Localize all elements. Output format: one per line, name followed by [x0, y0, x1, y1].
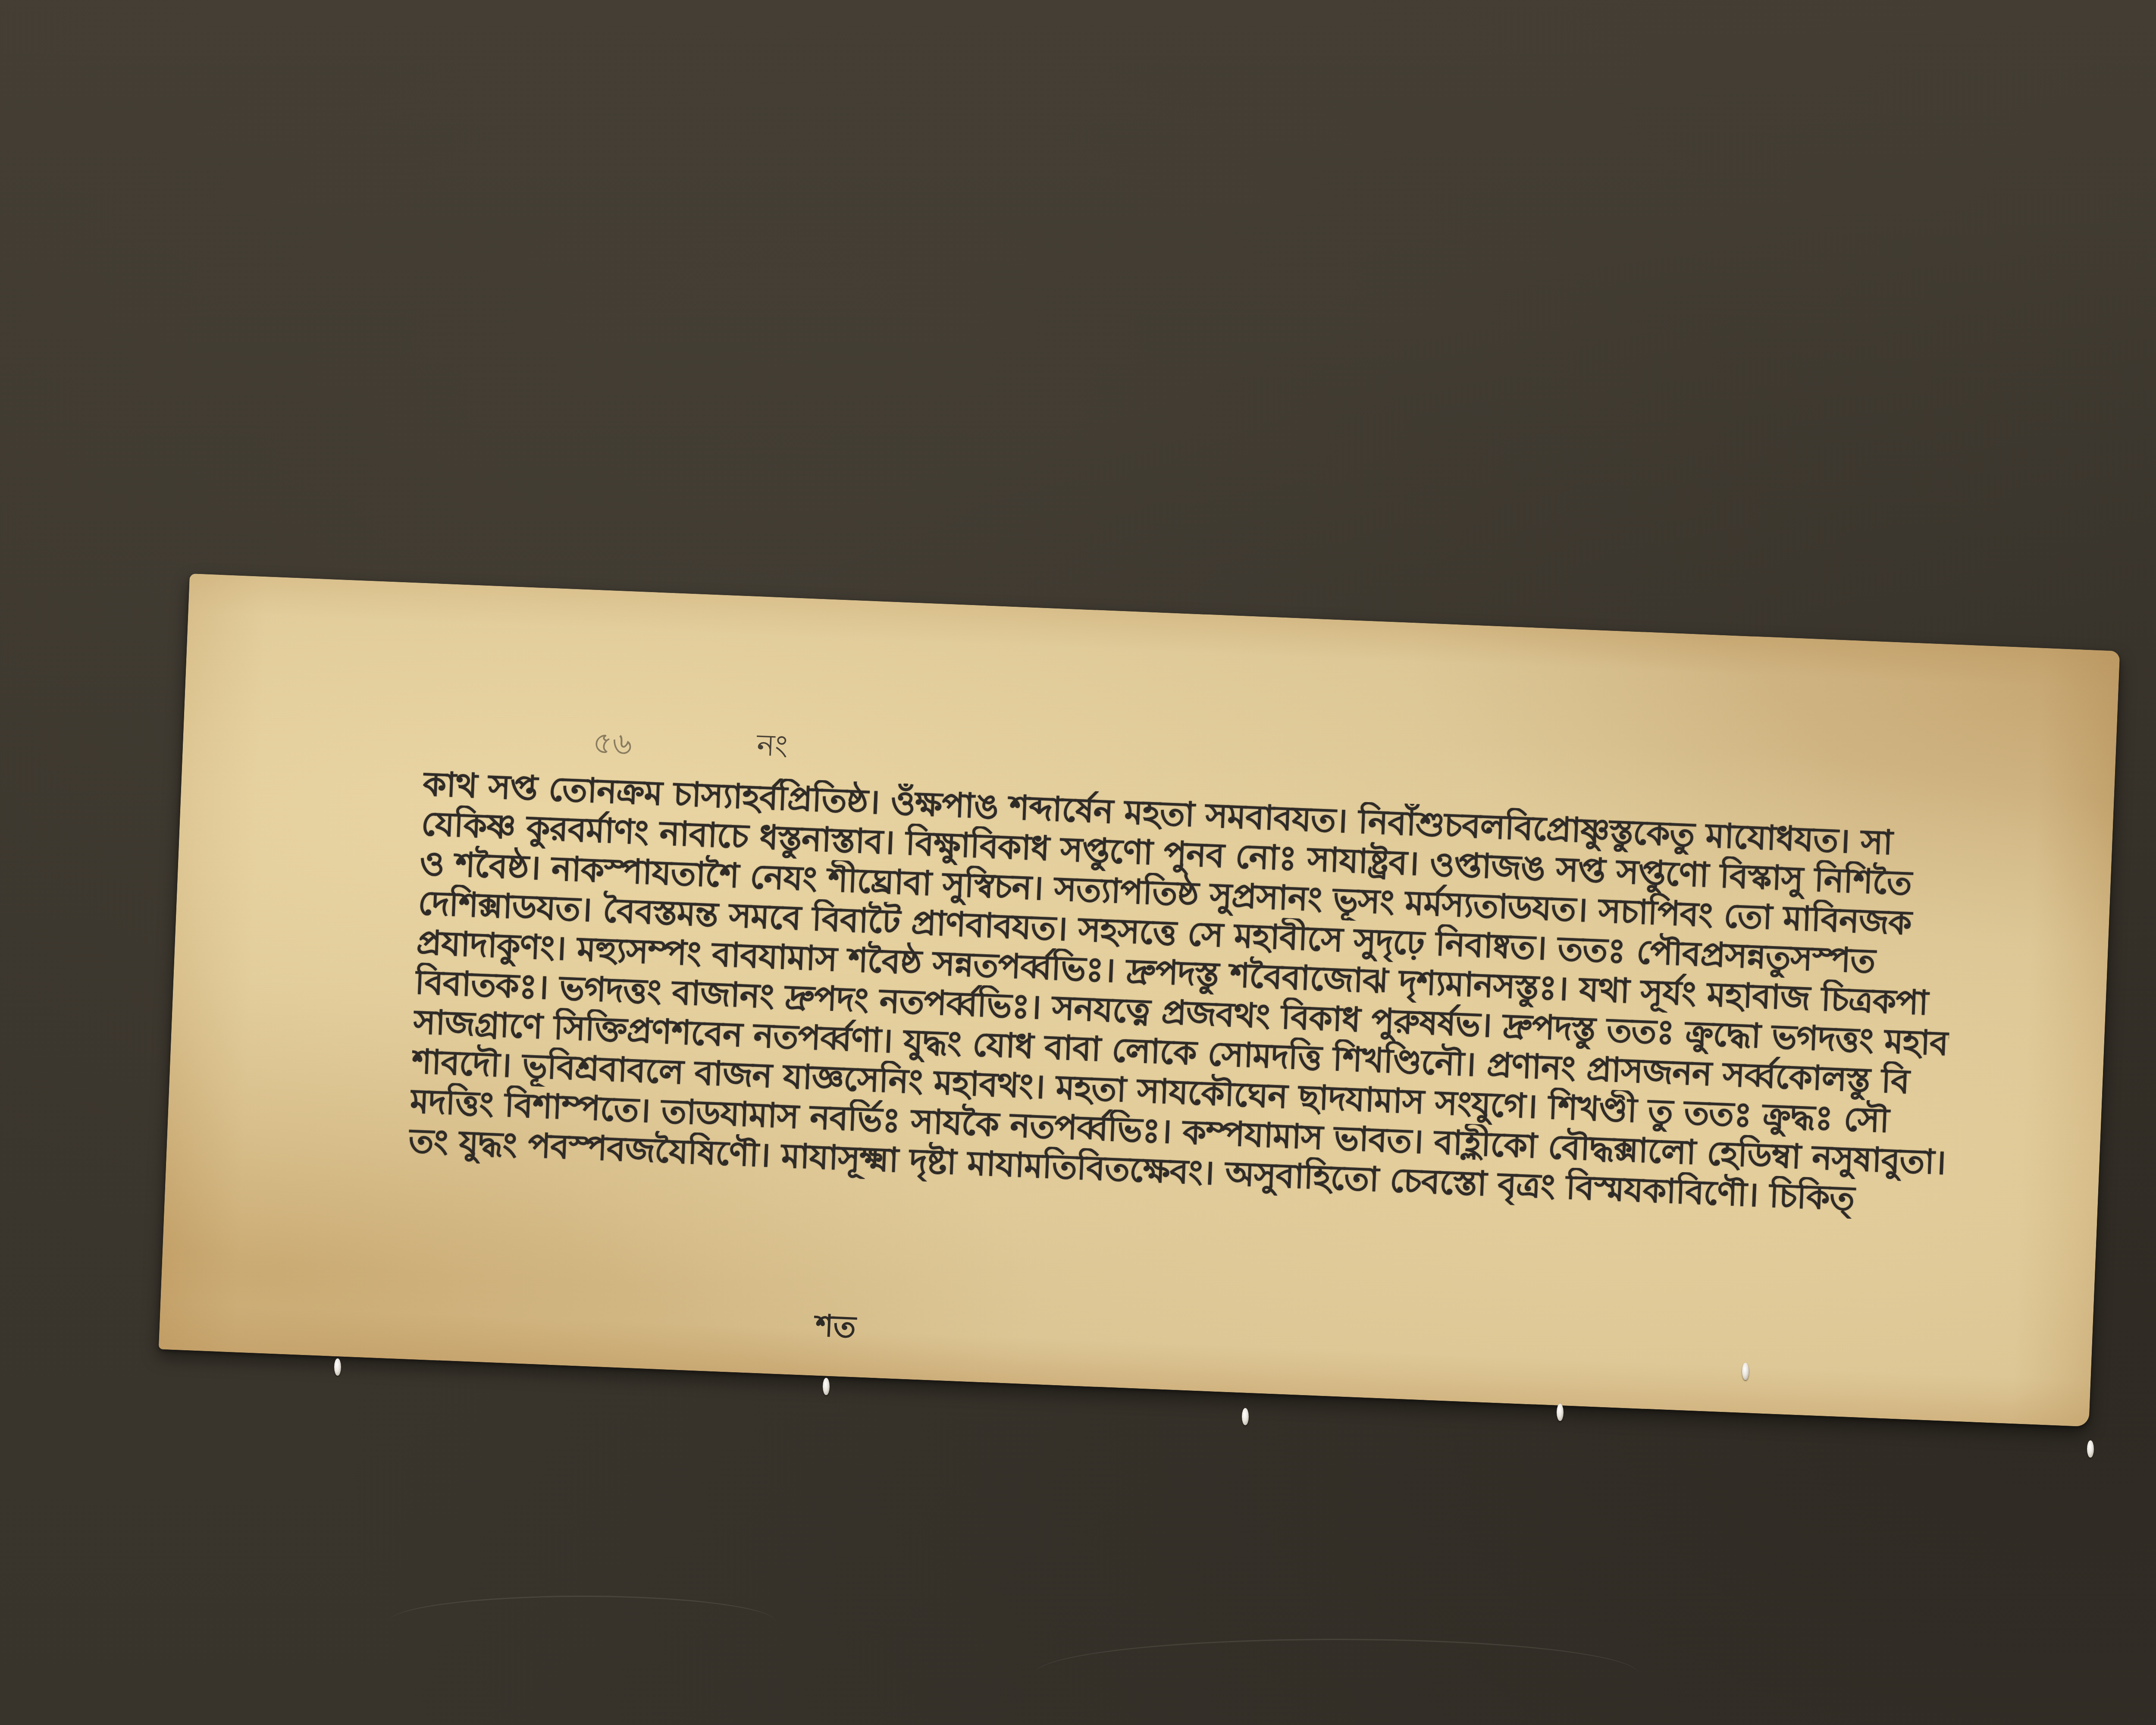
folio-number-left: ৫৬ — [592, 719, 633, 772]
mounting-pin — [1242, 1408, 1249, 1425]
photo-scene: ৫৬ নং কাথ সপ্ত তোনক্রম চাস্যাহর্বপ্রিতিষ… — [0, 0, 2156, 1725]
mounting-pin — [2087, 1440, 2094, 1458]
background-scratch — [1035, 1639, 1639, 1709]
folio-number-right: নং — [756, 721, 789, 773]
mounting-pin — [1742, 1363, 1749, 1380]
bottom-annotation: শত — [815, 1302, 857, 1355]
mounting-pin — [334, 1358, 341, 1376]
manuscript-page: ৫৬ নং কাথ সপ্ত তোনক্রম চাস্যাহর্বপ্রিতিষ… — [159, 574, 2120, 1427]
background-scratch — [388, 1596, 776, 1649]
mounting-pin — [823, 1378, 830, 1395]
mounting-pin — [1557, 1404, 1564, 1421]
manuscript-text-block: কাথ সপ্ত তোনক্রম চাস্যাহর্বপ্রিতিষ্ঠ। ওঁ… — [408, 764, 1958, 1222]
